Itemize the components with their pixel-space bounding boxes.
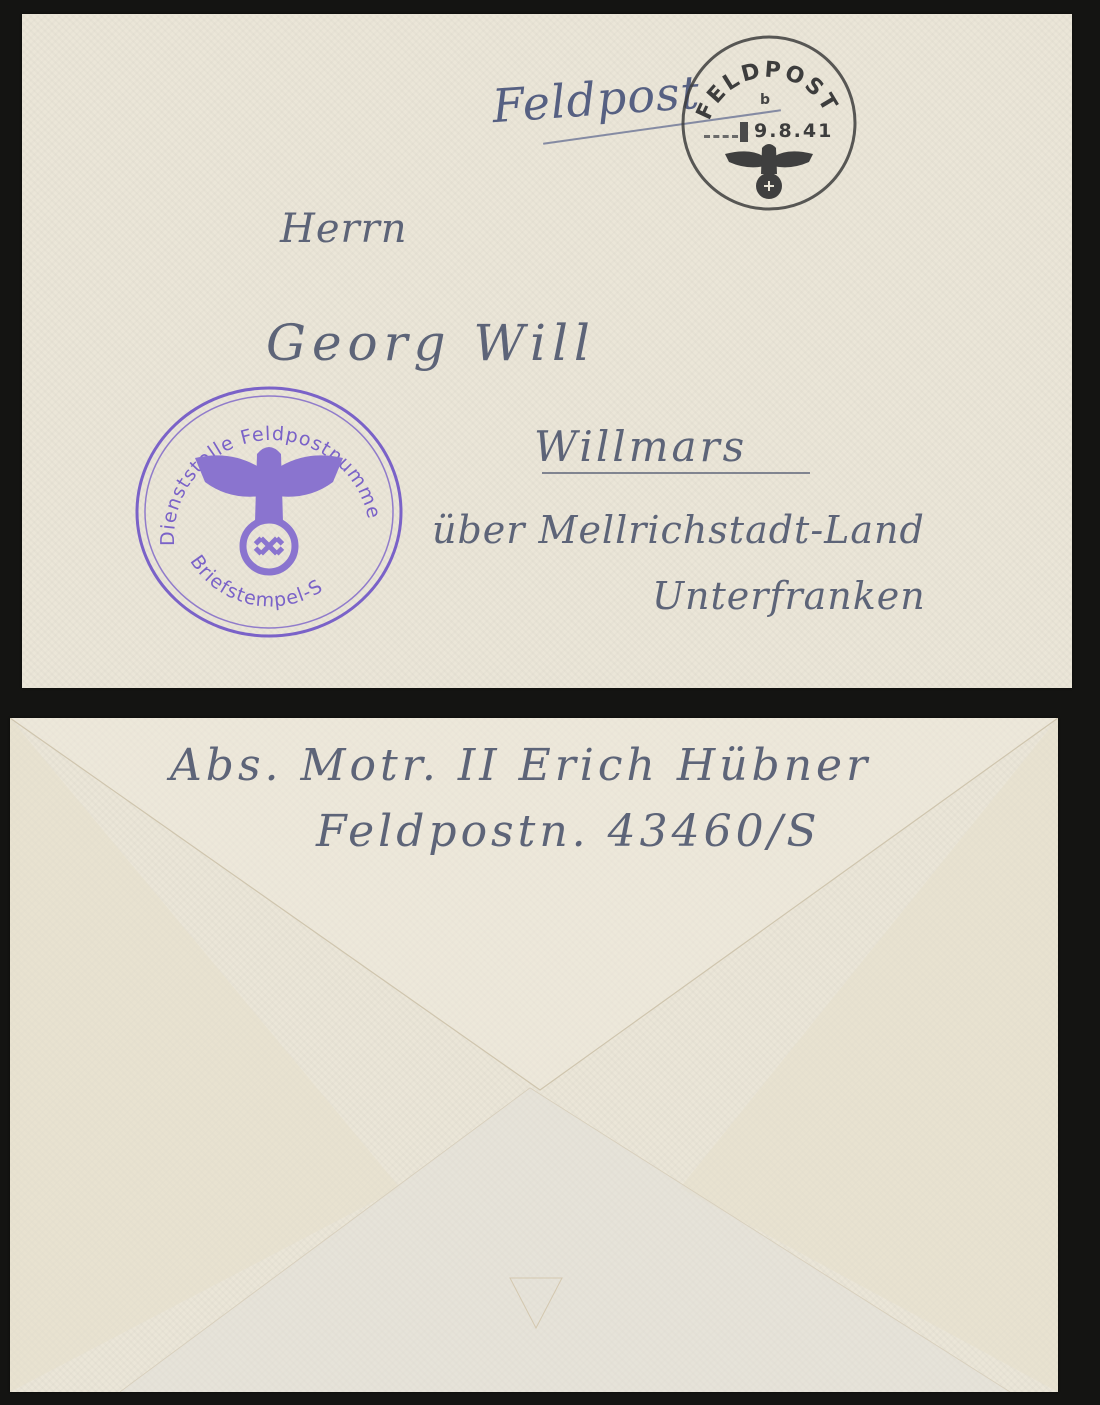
- postmark-ring-text: FELDPOST: [692, 58, 843, 124]
- service-stamp-bottom-text: Briefstempel-S: [186, 551, 327, 612]
- postmark-date: 9.8.41: [754, 120, 833, 142]
- eagle-icon: [725, 144, 813, 199]
- address-region: Unterfranken: [652, 574, 926, 618]
- sender-line-1: Abs. Motr. II Erich Hübner: [170, 740, 871, 791]
- address-town: Willmars: [534, 422, 747, 471]
- address-name: Georg Will: [266, 314, 596, 372]
- service-stamp-seal-icon: Dienststelle Feldpostnummer 43460 Briefs…: [133, 384, 405, 640]
- postmark-dash: [704, 135, 738, 138]
- envelope-front: Feldpost FELDPOST b 9.8.41 Herrn: [22, 14, 1072, 688]
- eagle-icon: [195, 447, 343, 572]
- feldpost-annotation: Feldpost: [490, 65, 701, 133]
- town-underline: [542, 472, 810, 474]
- envelope-back: Abs. Motr. II Erich Hübner Feldpostn. 43…: [10, 718, 1058, 1392]
- postmark-letter: b: [760, 92, 770, 108]
- service-stamp: Dienststelle Feldpostnummer 43460 Briefs…: [133, 384, 405, 640]
- svg-text:FELDPOST: FELDPOST: [692, 58, 843, 124]
- sender-line-2: Feldpostn. 43460/S: [316, 806, 821, 857]
- address-via: über Mellrichstadt-Land: [432, 508, 925, 552]
- feldpost-postmark: FELDPOST b 9.8.41: [678, 32, 860, 214]
- svg-text:Briefstempel-S: Briefstempel-S: [186, 551, 327, 612]
- postmark-bar: [740, 122, 748, 142]
- address-salutation: Herrn: [280, 206, 408, 252]
